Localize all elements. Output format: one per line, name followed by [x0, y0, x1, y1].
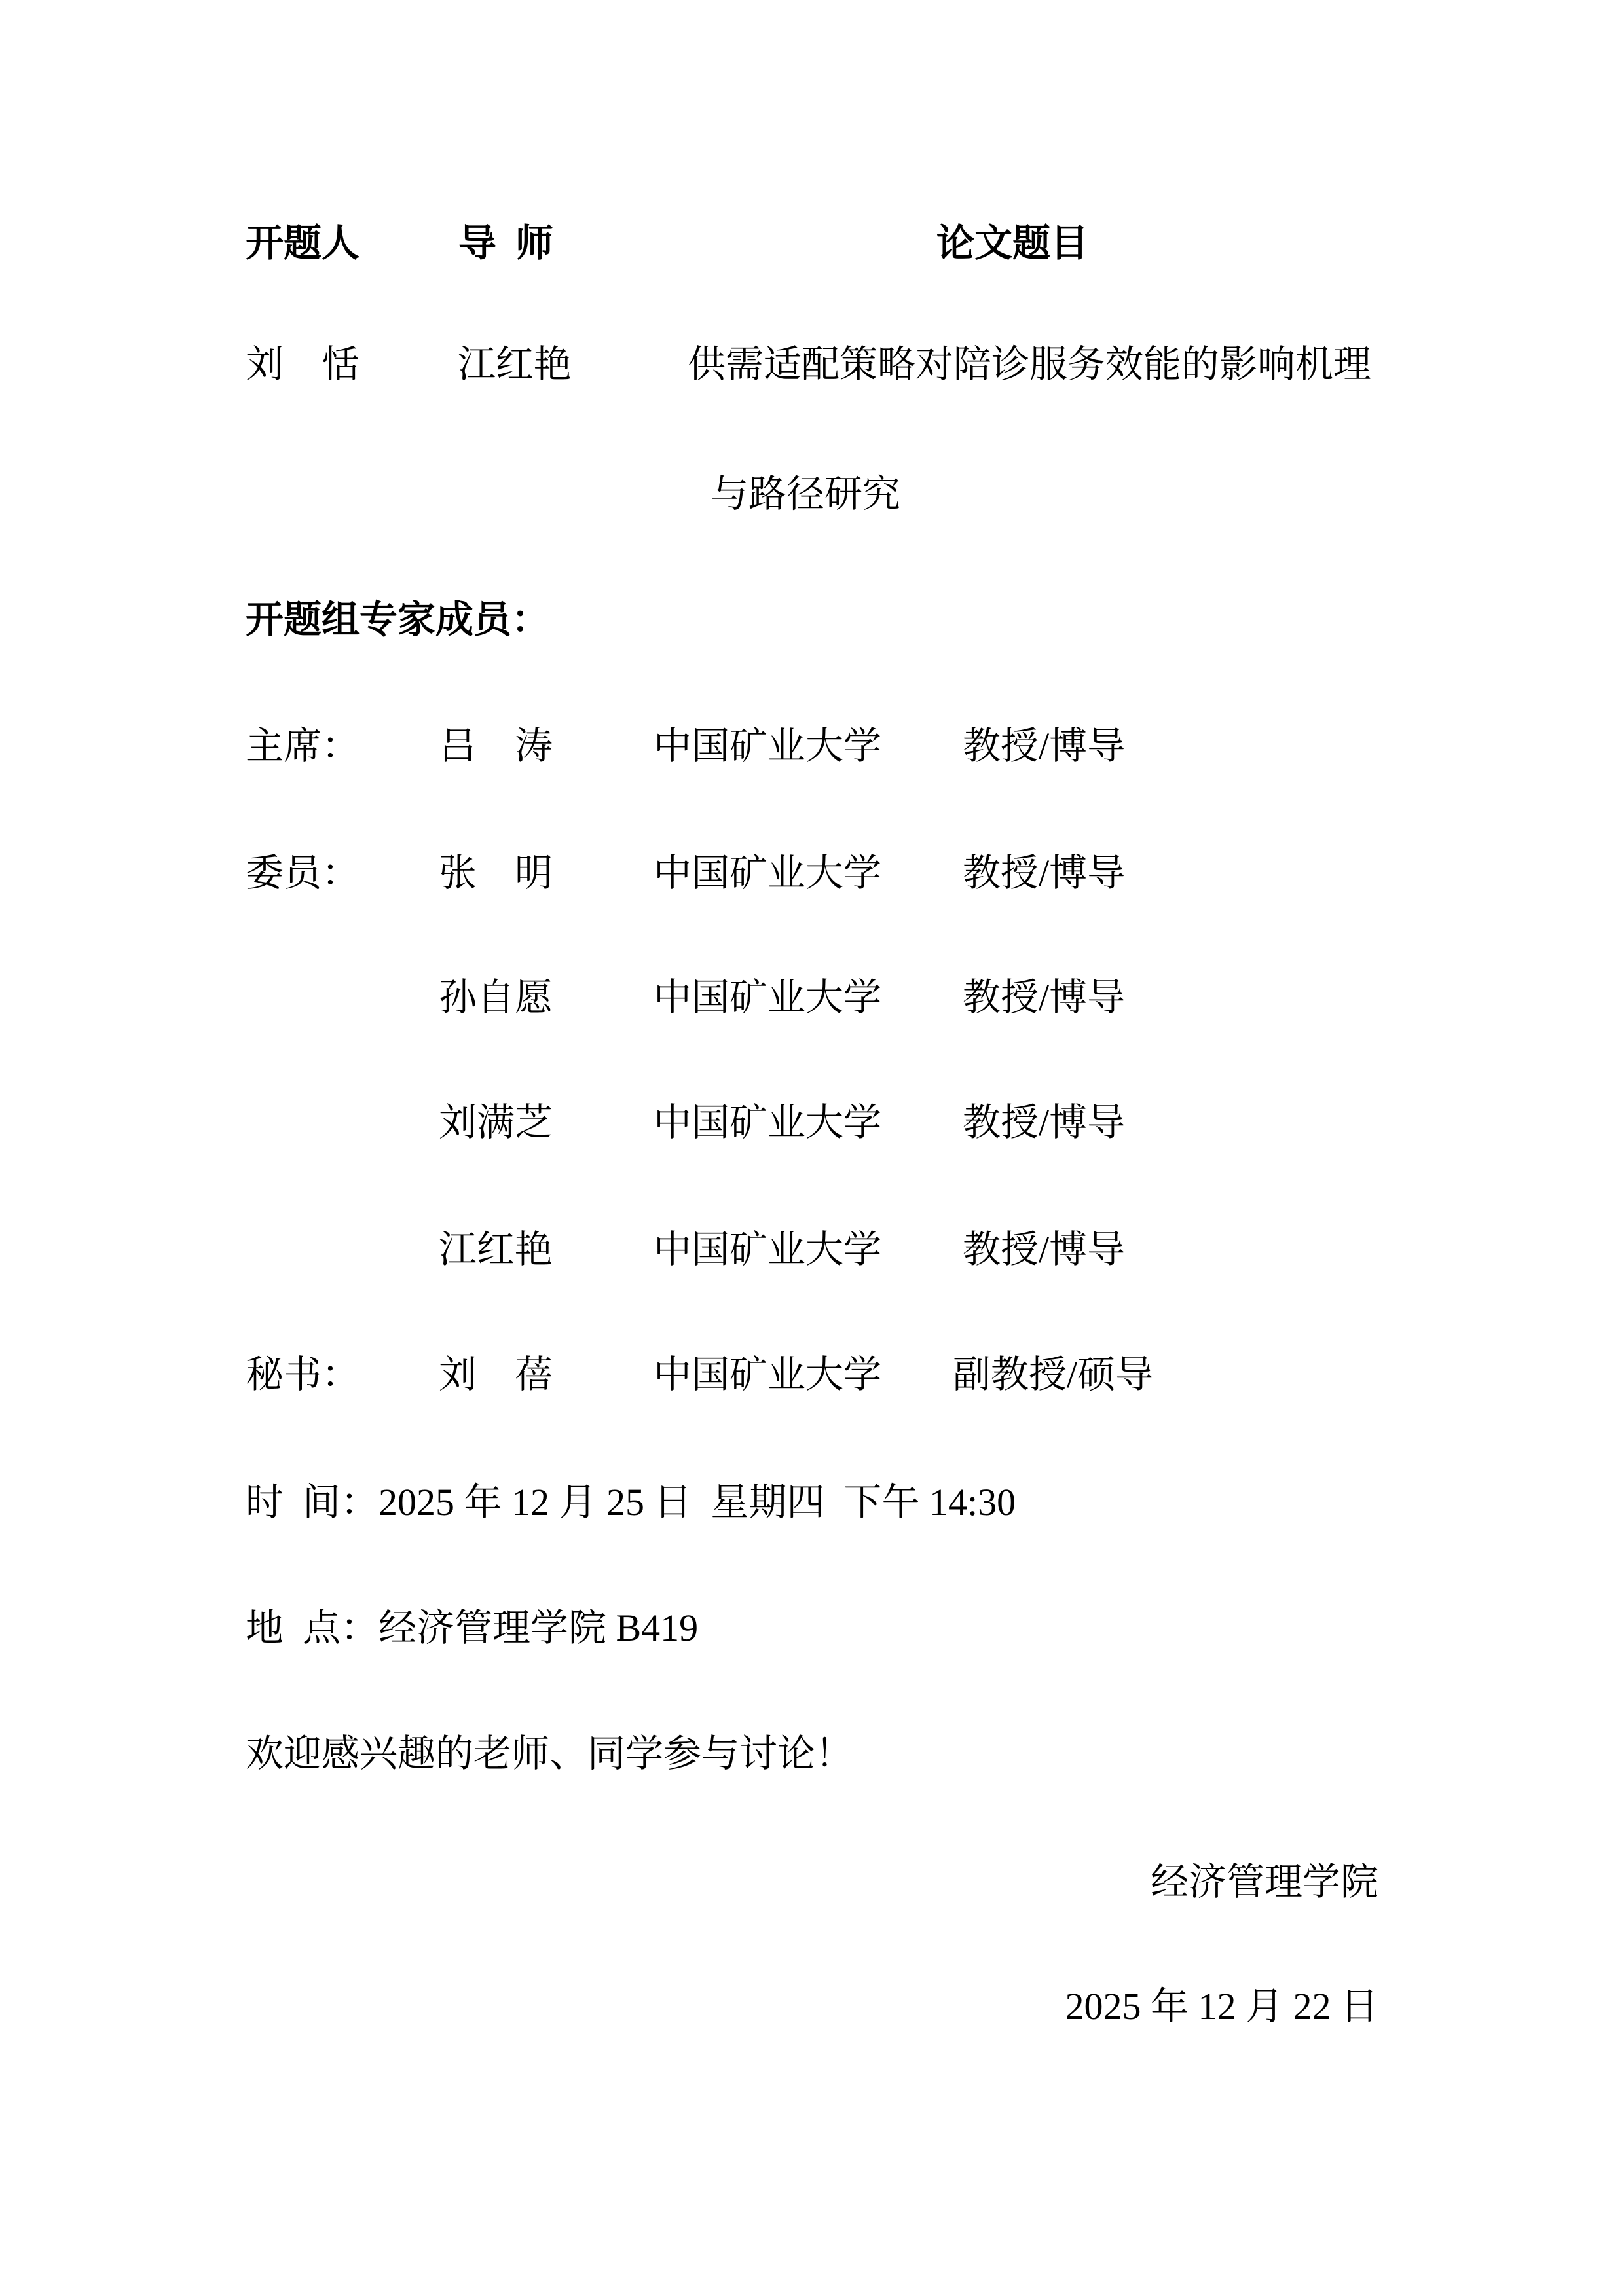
- committee-heading: 开题组专家成员：: [246, 597, 1378, 643]
- member-affiliation: 中国矿业大学: [654, 723, 881, 769]
- member-name: 刘 蓓: [439, 1352, 553, 1398]
- member-title: 教授/博导: [963, 1227, 1125, 1273]
- proposer-column-header: 开题人: [246, 221, 360, 266]
- signature-organization: 经济管理学院: [246, 1859, 1378, 1905]
- thesis-title-line2-row: 与路径研究: [246, 471, 1378, 608]
- meeting-time: 时 间：2025 年 12 月 25 日 星期四 下午 14:30: [246, 1480, 1378, 1525]
- member-affiliation: 中国矿业大学: [654, 1352, 881, 1398]
- member-title: 副教授/硕导: [953, 1352, 1153, 1398]
- member-affiliation: 中国矿业大学: [654, 850, 881, 896]
- member-name: 刘满芝: [439, 1100, 553, 1146]
- document-page: 开题人 导 师 论文题目 刘 恬 江红艳 供需适配策略对陪诊服务效能的影响机理 …: [0, 0, 1624, 2296]
- welcome-message: 欢迎感兴趣的老师、同学参与讨论！: [246, 1731, 1378, 1777]
- member-affiliation: 中国矿业大学: [654, 1100, 881, 1146]
- member-role: 秘书：: [246, 1352, 360, 1398]
- thesis-title-line2: 与路径研究: [710, 471, 900, 517]
- thesis-title-line1: 供需适配策略对陪诊服务效能的影响机理: [688, 342, 1371, 388]
- member-title: 教授/博导: [963, 850, 1125, 896]
- member-name: 孙自愿: [439, 975, 553, 1021]
- member-affiliation: 中国矿业大学: [654, 1227, 881, 1273]
- signature-date: 2025 年 12 月 22 日: [246, 1984, 1378, 2030]
- thesis-title-column-header: 论文题目: [936, 221, 1088, 266]
- member-affiliation: 中国矿业大学: [654, 975, 881, 1021]
- member-name: 张 明: [439, 850, 553, 896]
- advisor-name: 江红艳: [458, 342, 572, 388]
- member-name: 吕 涛: [439, 723, 553, 769]
- member-title: 教授/博导: [963, 723, 1125, 769]
- proposer-name: 刘 恬: [246, 342, 360, 388]
- member-role: 委员：: [246, 850, 360, 896]
- member-name: 江红艳: [439, 1227, 553, 1273]
- member-title: 教授/博导: [963, 975, 1125, 1021]
- member-title: 教授/博导: [963, 1100, 1125, 1146]
- meeting-location: 地 点：经济管理学院 B419: [246, 1605, 1378, 1651]
- advisor-column-header: 导 师: [458, 221, 553, 266]
- member-role: 主席：: [246, 723, 360, 769]
